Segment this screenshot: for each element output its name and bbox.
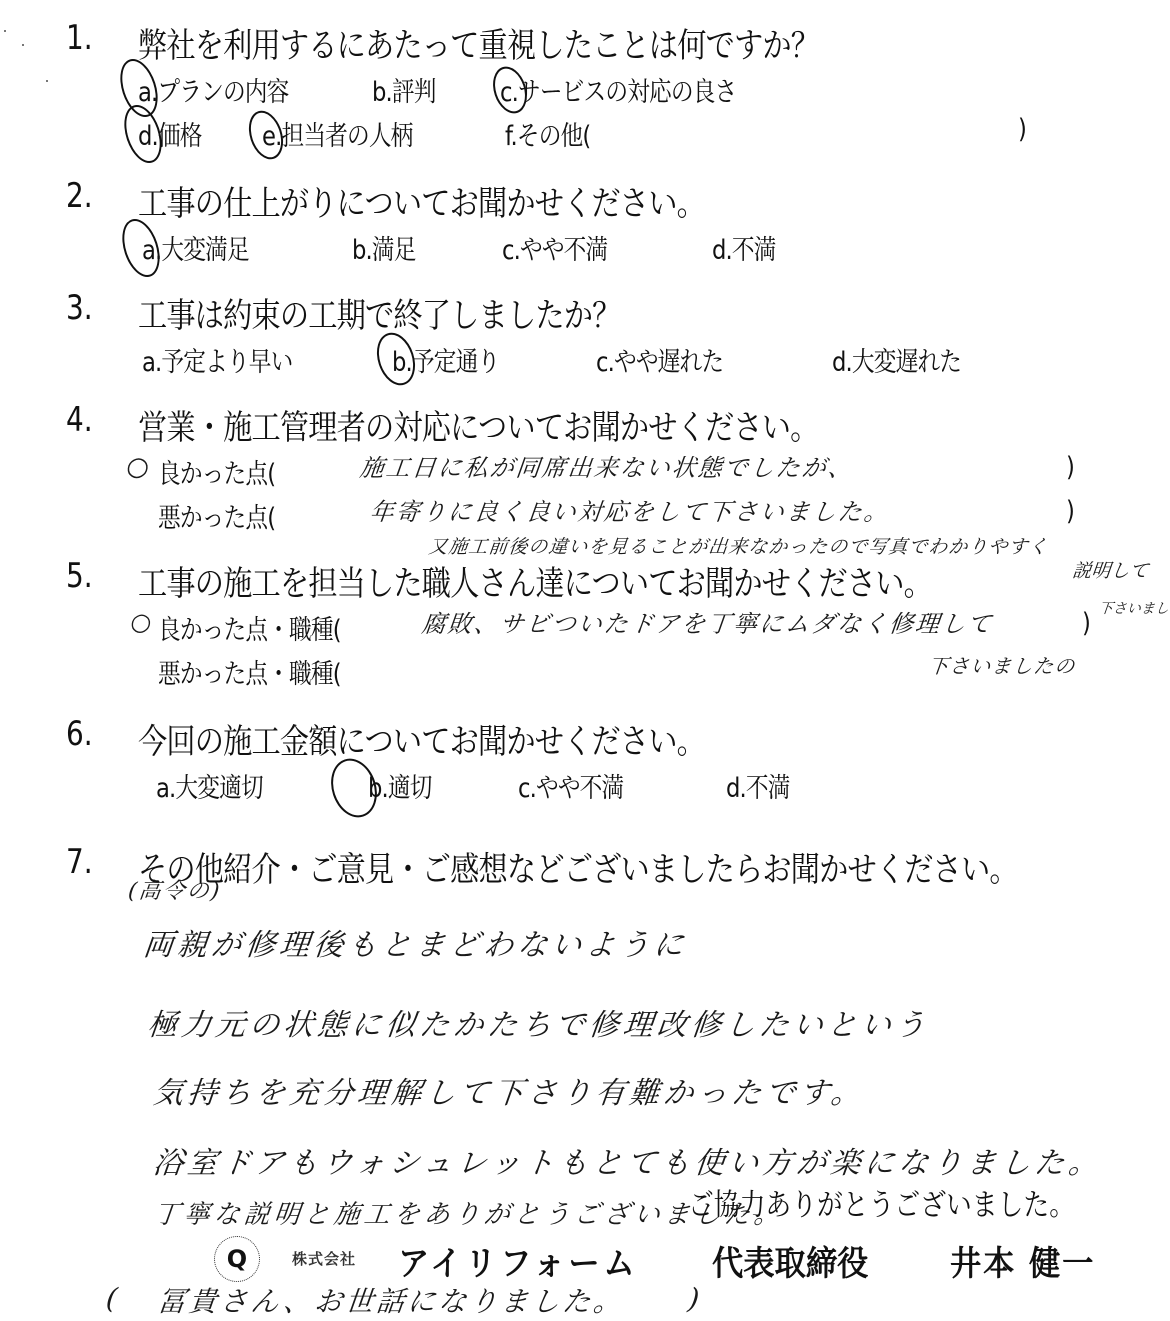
q3-option-a[interactable]: a.予定より早い — [142, 340, 292, 379]
representative-name: 井本 健一 — [950, 1236, 1095, 1285]
q6-option-c[interactable]: c.やや不満 — [518, 766, 623, 805]
question-4-text: 営業・施工管理者の対応についてお聞かせください。 — [138, 400, 819, 449]
question-2-text: 工事の仕上がりについてお聞かせください。 — [138, 176, 705, 225]
q5-handwritten-tail: 説明して — [1071, 556, 1150, 583]
scan-artifact — [22, 44, 24, 46]
scan-artifact — [46, 80, 48, 82]
q2-option-b[interactable]: b.満足 — [352, 228, 416, 267]
q6-option-a[interactable]: a.大変適切 — [156, 766, 263, 805]
question-1-number: 1. — [66, 18, 93, 58]
thanks-message: ご協力ありがとうございました。 — [688, 1180, 1075, 1224]
q7-handwritten-line-0: (高令の) — [127, 874, 223, 905]
q1-option-e[interactable]: e.担当者の人柄 — [262, 114, 413, 153]
q5-handwritten-side: 下さいました — [1098, 598, 1170, 618]
company-logo: Q — [214, 1236, 260, 1282]
q1-option-f-close: ) — [1018, 114, 1026, 145]
logo-letter: Q — [227, 1245, 247, 1273]
q5-handwritten-below: 下さいましたの — [927, 650, 1077, 679]
question-5-text: 工事の施工を担当した職人さん達についてお聞かせください。 — [138, 556, 932, 605]
representative-title: 代表取締役 — [712, 1236, 868, 1285]
q5-good-answer[interactable]: 腐敗、サビついたドアを丁寧にムダなく修理して — [420, 604, 995, 639]
note-close-paren: ) — [687, 1282, 703, 1315]
q6-option-b[interactable]: b.適切 — [368, 766, 432, 805]
company-name: アイリフォーム — [398, 1236, 638, 1285]
question-3-text: 工事は約束の工期で終了しましたか？ — [138, 288, 620, 337]
q7-handwritten-line-3: 気持ちを充分理解して下さり有難かったです。 — [151, 1068, 867, 1112]
q5-good-label: 良かった点・職種( — [158, 608, 341, 647]
q4-bad-close: ) — [1066, 496, 1074, 527]
q4-bad-answer[interactable]: 年寄りに良く良い対応をして下さいました。 — [368, 492, 892, 527]
q3-option-d[interactable]: d.大変遅れた — [832, 340, 961, 379]
handwritten-note: 冨貴さん、お世話になりました。 — [156, 1280, 627, 1320]
q7-handwritten-line-4: 浴室ドアもウォシュレットもとても使い方が楽になりました。 — [151, 1138, 1105, 1182]
q7-handwritten-line-2: 極力元の状態に似たかたちで修理改修したいという — [145, 1000, 931, 1044]
question-6-text: 今回の施工金額についてお聞かせください。 — [138, 714, 705, 763]
question-7-number: 7. — [66, 842, 93, 882]
question-2-number: 2. — [66, 176, 93, 216]
question-5-number: 5. — [66, 556, 93, 596]
q6-option-d[interactable]: d.不満 — [726, 766, 790, 805]
q4-extra-answer: 又施工前後の違いを見ることが出来なかったので写真でわかりやすく — [427, 532, 1050, 559]
q4-good-answer[interactable]: 施工日に私が同席出来ない状態でしたが、 — [358, 448, 856, 483]
q5-good-mark: ○ — [129, 608, 155, 636]
q3-option-c[interactable]: c.やや遅れた — [596, 340, 723, 379]
q4-good-label: 良かった点( — [158, 452, 275, 491]
note-open-paren: ( — [105, 1282, 121, 1315]
q1-option-a[interactable]: a.プランの内容 — [138, 70, 288, 109]
question-3-number: 3. — [66, 288, 93, 328]
q7-handwritten-line-1: 両親が修理後もとまどわないように — [141, 920, 690, 964]
selection-circle-q3-b — [371, 328, 422, 390]
selection-circle-q6-b — [324, 753, 384, 824]
q1-option-f[interactable]: f.その他( — [505, 114, 590, 153]
q2-option-d[interactable]: d.不満 — [712, 228, 776, 267]
q4-good-close: ) — [1066, 452, 1074, 483]
q5-good-close: ) — [1082, 608, 1090, 639]
selection-circle-q1-d — [118, 100, 169, 168]
q1-option-b[interactable]: b.評判 — [372, 70, 436, 109]
q1-option-c[interactable]: c.サービスの対応の良さ — [500, 70, 736, 109]
company-type: 株式会社 — [292, 1248, 356, 1269]
q4-good-mark: ○ — [125, 452, 153, 482]
question-7-text: その他紹介・ご意見・ご感想などございましたらお聞かせください。 — [138, 842, 1018, 891]
q4-bad-label: 悪かった点( — [158, 496, 275, 535]
scan-artifact — [4, 30, 6, 32]
q5-bad-label: 悪かった点・職種( — [158, 652, 341, 691]
question-1-text: 弊社を利用するにあたって重視したことは何ですか？ — [138, 18, 819, 67]
question-4-number: 4. — [66, 400, 93, 440]
q2-option-c[interactable]: c.やや不満 — [502, 228, 607, 267]
question-6-number: 6. — [66, 714, 93, 754]
